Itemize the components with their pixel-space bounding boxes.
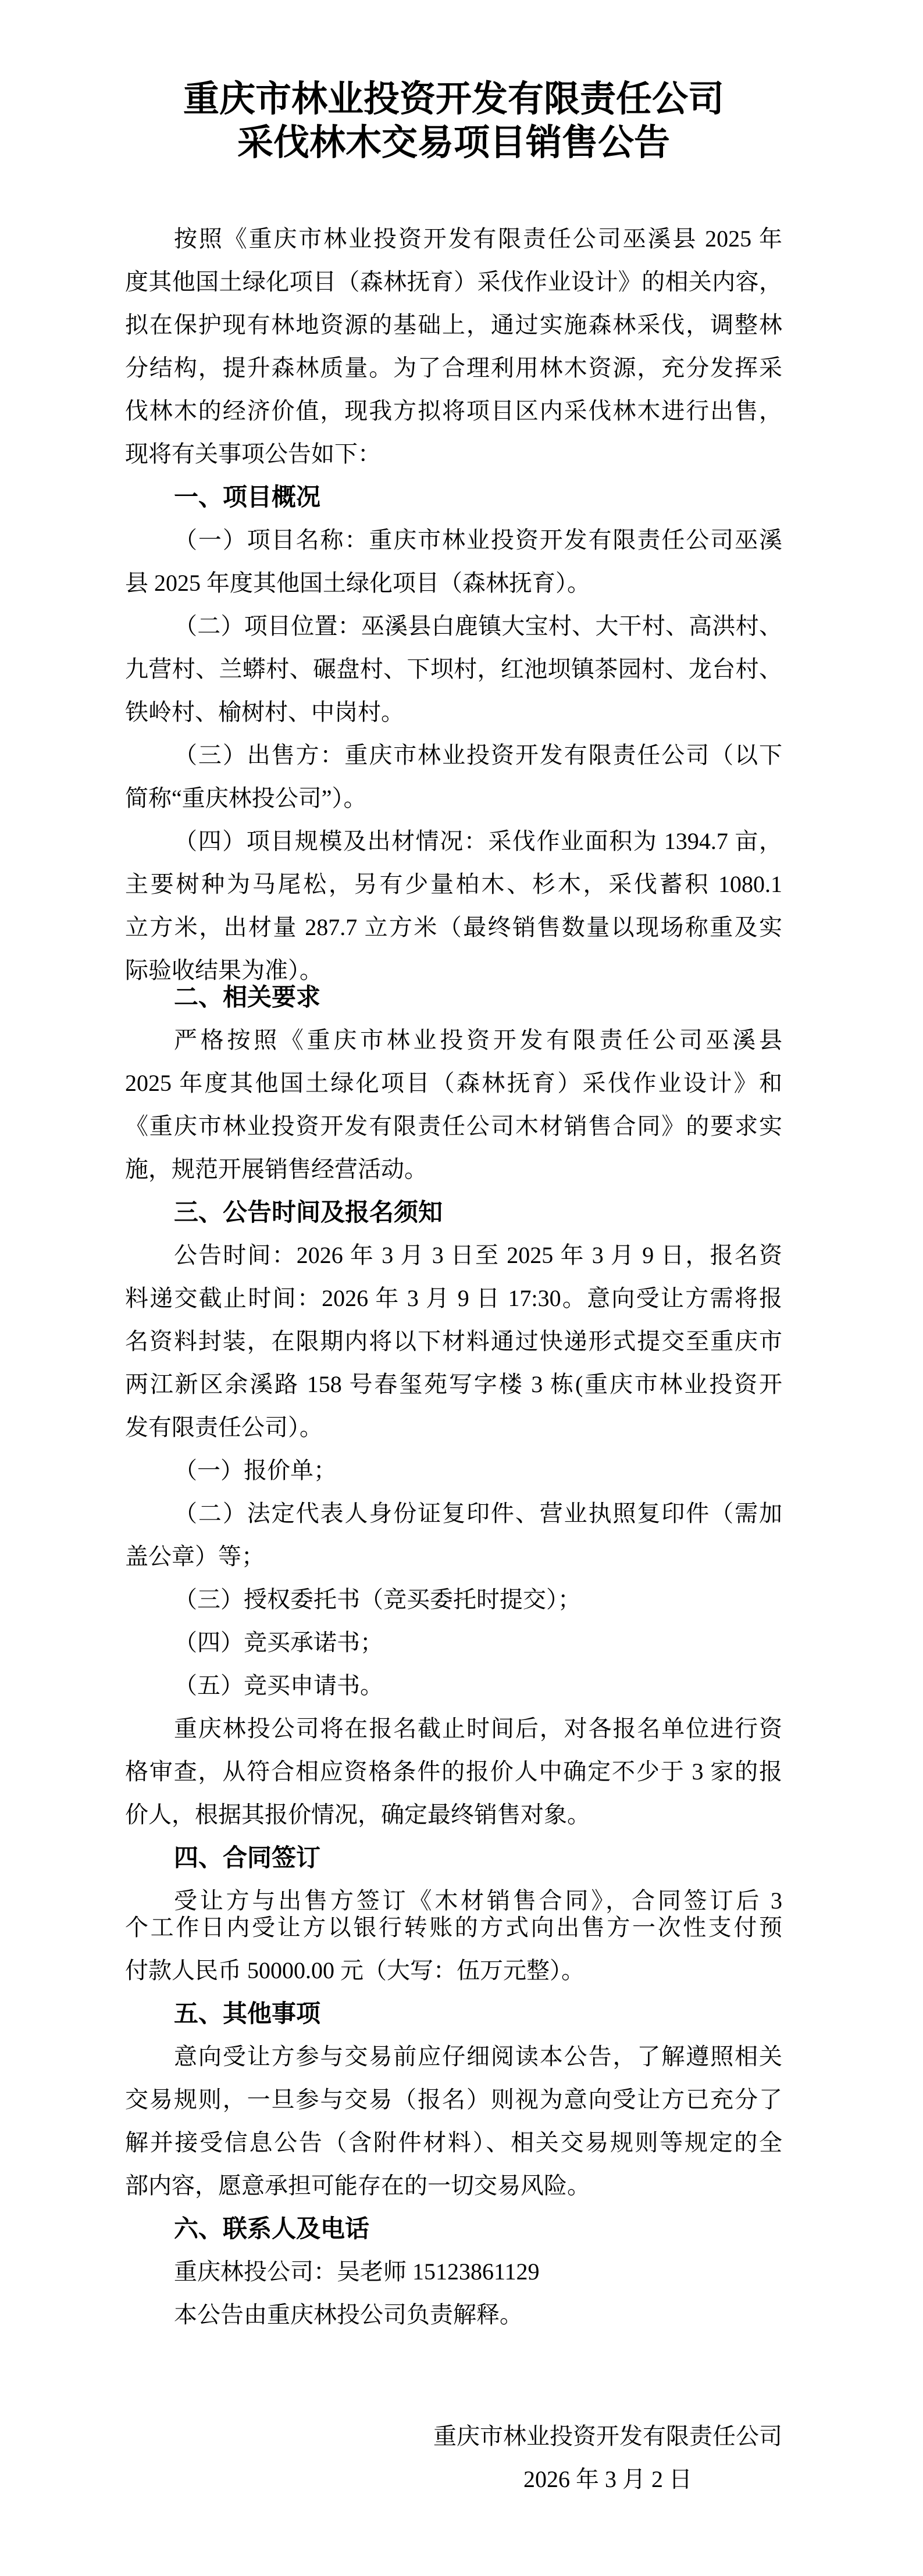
doc-line: （二）法定代表人身份证复印件、营业执照复印件（需加 <box>125 1492 782 1535</box>
document-title: 重庆市林业投资开发有限责任公司 采伐林木交易项目销售公告 <box>125 78 782 165</box>
doc-line: 伐林木的经济价值，现我方拟将项目区内采伐林木进行出售， <box>125 390 782 433</box>
doc-line: 两江新区余溪路 158 号春玺苑写字楼 3 栋(重庆市林业投资开 <box>125 1363 782 1406</box>
signature-date: 2026 年 3 月 2 日 <box>433 2458 782 2501</box>
section-heading: 五、其他事项 <box>125 1992 782 2035</box>
doc-line: 价人，根据其报价情况，确定最终销售对象。 <box>125 1793 782 1836</box>
doc-line: 铁岭村、榆树村、中岗村。 <box>125 691 782 734</box>
title-line-2: 采伐林木交易项目销售公告 <box>125 122 782 165</box>
doc-line: （五）竞买申请书。 <box>125 1664 782 1707</box>
doc-line: （二）项目位置：巫溪县白鹿镇大宝村、大干村、高洪村、 <box>125 605 782 648</box>
section-heading: 二、相关要求 <box>125 976 782 1019</box>
doc-line: 部内容，愿意承担可能存在的一切交易风险。 <box>125 2164 782 2207</box>
doc-line: 发有限责任公司）。 <box>125 1406 782 1449</box>
doc-line: 严格按照《重庆市林业投资开发有限责任公司巫溪县 <box>125 1019 782 1062</box>
doc-line: （三）授权委托书（竞买委托时提交）； <box>125 1578 782 1621</box>
document-body: 按照《重庆市林业投资开发有限责任公司巫溪县 2025 年度其他国土绿化项目（森林… <box>125 217 782 2336</box>
doc-line: 九营村、兰蟒村、碾盘村、下坝村，红池坝镇茶园村、龙台村、 <box>125 648 782 691</box>
section-heading: 四、合同签订 <box>125 1836 782 1879</box>
doc-line: 意向受让方参与交易前应仔细阅读本公告，了解遵照相关 <box>125 2035 782 2078</box>
doc-line: 《重庆市林业投资开发有限责任公司木材销售合同》的要求实 <box>125 1105 782 1148</box>
announcement-page: 重庆市林业投资开发有限责任公司 采伐林木交易项目销售公告 按照《重庆市林业投资开… <box>0 0 923 2576</box>
doc-line: 施，规范开展销售经营活动。 <box>125 1148 782 1191</box>
doc-line: （四）项目规模及出材情况：采伐作业面积为 1394.7 亩， <box>125 820 782 863</box>
doc-line: 公告时间：2026 年 3 月 3 日至 2025 年 3 月 9 日，报名资 <box>125 1234 782 1277</box>
doc-line: 2025 年度其他国土绿化项目（森林抚育）采伐作业设计》和 <box>125 1062 782 1105</box>
doc-line: 主要树种为马尾松，另有少量柏木、杉木，采伐蓄积 1080.1 <box>125 863 782 906</box>
doc-line: 个工作日内受让方以银行转账的方式向出售方一次性支付预 <box>125 1906 782 1949</box>
doc-line: （三）出售方：重庆市林业投资开发有限责任公司（以下 <box>125 734 782 777</box>
section-heading: 三、公告时间及报名须知 <box>125 1191 782 1234</box>
section-heading: 六、联系人及电话 <box>125 2207 782 2250</box>
doc-line: 分结构，提升森林质量。为了合理利用林木资源，充分发挥采 <box>125 347 782 390</box>
doc-line: 按照《重庆市林业投资开发有限责任公司巫溪县 2025 年 <box>125 217 782 261</box>
doc-line: 交易规则，一旦参与交易（报名）则视为意向受让方已充分了 <box>125 2078 782 2121</box>
doc-line: 本公告由重庆林投公司负责解释。 <box>125 2293 782 2336</box>
doc-line: 拟在保护现有林地资源的基础上，通过实施森林采伐，调整林 <box>125 304 782 347</box>
doc-line: 解并接受信息公告（含附件材料）、相关交易规则等规定的全 <box>125 2121 782 2164</box>
section-heading: 一、项目概况 <box>125 476 782 519</box>
doc-line: 立方米，出材量 287.7 立方米（最终销售数量以现场称重及实 <box>125 906 782 949</box>
doc-line: 现将有关事项公告如下： <box>125 433 782 476</box>
doc-line: 重庆林投公司将在报名截止时间后，对各报名单位进行资 <box>125 1707 782 1750</box>
doc-line: （一）项目名称：重庆市林业投资开发有限责任公司巫溪 <box>125 519 782 562</box>
signature-company: 重庆市林业投资开发有限责任公司 <box>433 2415 782 2458</box>
doc-line: 名资料封装，在限期内将以下材料通过快递形式提交至重庆市 <box>125 1320 782 1363</box>
doc-line: 盖公章）等； <box>125 1535 782 1578</box>
title-line-1: 重庆市林业投资开发有限责任公司 <box>125 78 782 122</box>
signature-block: 重庆市林业投资开发有限责任公司 2026 年 3 月 2 日 <box>433 2415 782 2501</box>
doc-line: 简称“重庆林投公司”）。 <box>125 777 782 820</box>
doc-line: （四）竞买承诺书； <box>125 1621 782 1664</box>
doc-line: 料递交截止时间：2026 年 3 月 9 日 17:30。意向受让方需将报 <box>125 1277 782 1320</box>
doc-line: 度其他国土绿化项目（森林抚育）采伐作业设计》的相关内容， <box>125 261 782 304</box>
doc-line: 县 2025 年度其他国土绿化项目（森林抚育）。 <box>125 562 782 605</box>
doc-line: 格审查，从符合相应资格条件的报价人中确定不少于 3 家的报 <box>125 1750 782 1793</box>
doc-line: （一）报价单； <box>125 1449 782 1492</box>
doc-line: 付款人民币 50000.00 元（大写：伍万元整）。 <box>125 1949 782 1992</box>
doc-line: 重庆林投公司：吴老师 15123861129 <box>125 2250 782 2293</box>
